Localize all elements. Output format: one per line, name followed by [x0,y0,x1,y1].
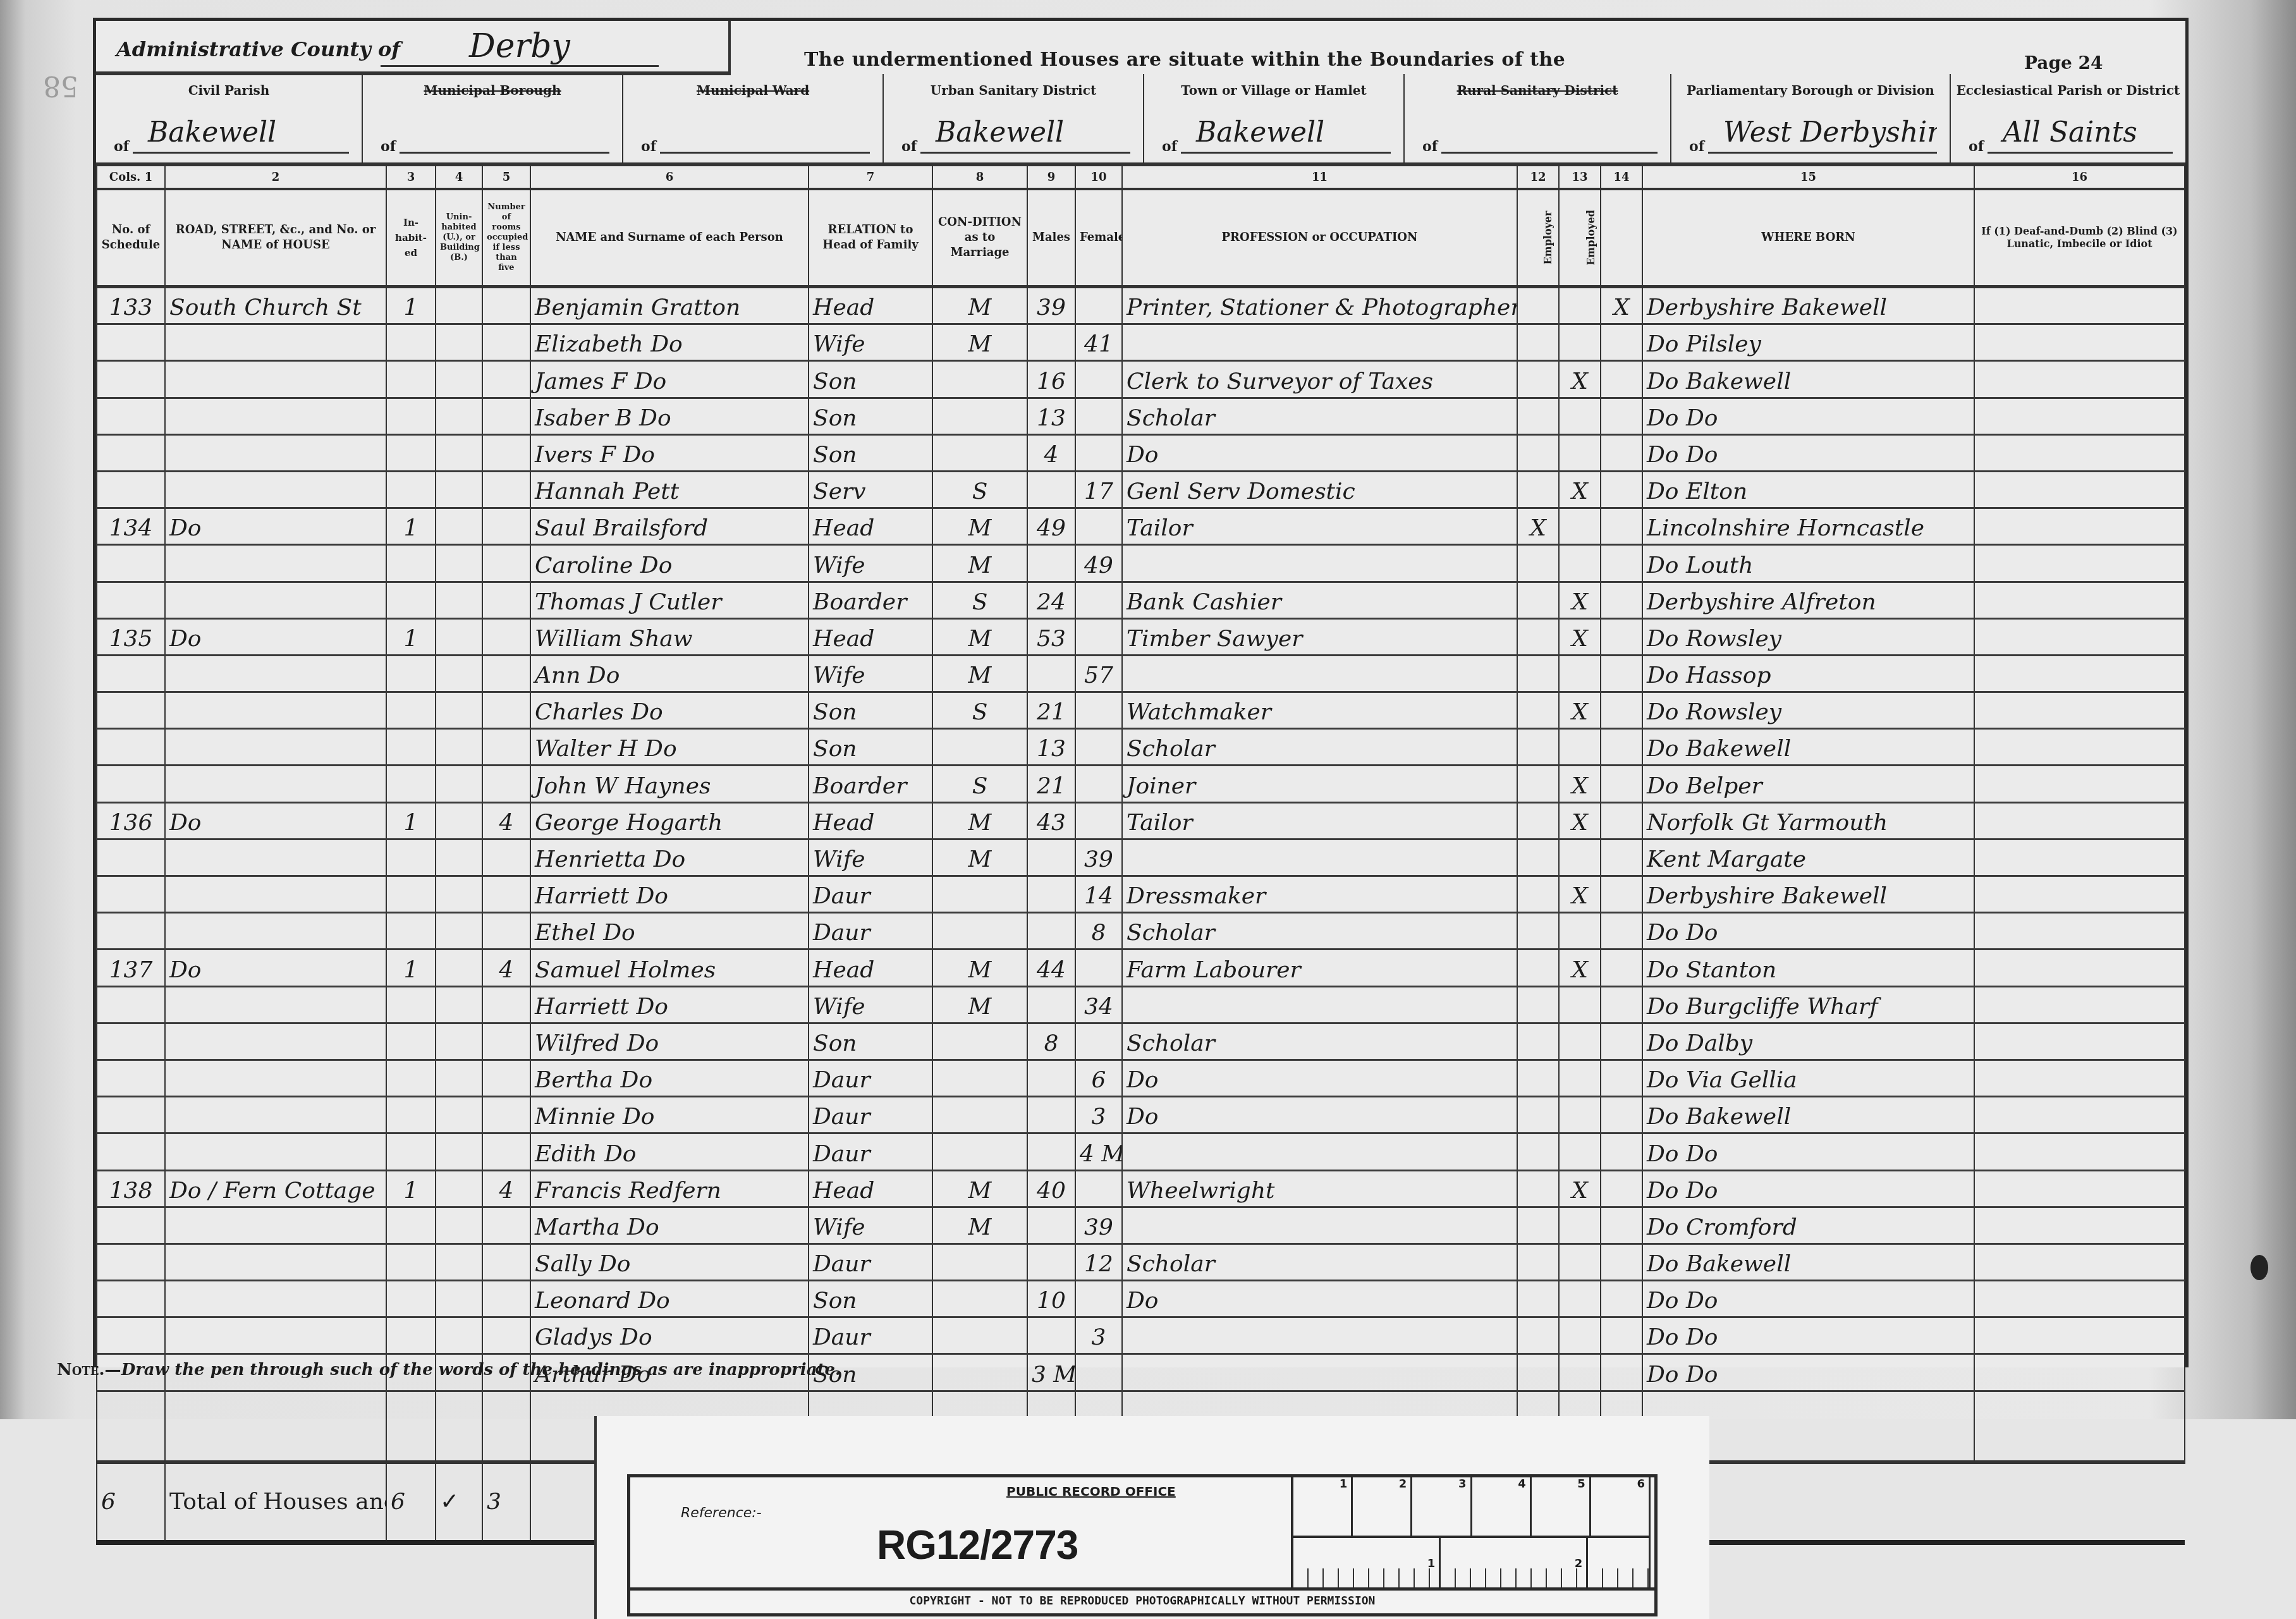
infirmity [1974,1354,2185,1391]
birthplace: Derbyshire Bakewell [1642,287,1974,324]
copyright-notice: COPYRIGHT - NOT TO BE REPRODUCED PHOTOGR… [630,1587,1654,1608]
employed-mark: X [1559,1170,1601,1207]
rooms-count [482,324,530,361]
rooms-count [482,1243,530,1280]
of-label: of [1422,138,1438,155]
relation: Daur [809,1097,932,1133]
schedule-number [97,986,165,1023]
infirmity [1974,582,2185,618]
uninhabited-count [436,655,482,692]
age-female [1075,361,1122,398]
occupation: Joiner [1122,766,1517,802]
uninhabited-count [436,950,482,986]
age-female: 57 [1075,655,1122,692]
road-name [165,1317,386,1354]
admin-county-box: Administrative County of Derby [96,21,731,75]
rooms-count: 4 [482,1170,530,1207]
age-male: 10 [1027,1281,1075,1317]
road-name [165,1281,386,1317]
birthplace: Derbyshire Bakewell [1642,876,1974,913]
marital-condition [932,1023,1027,1060]
schedule-number [97,545,165,582]
employed-mark: X [1559,361,1601,398]
marital-condition: M [932,1170,1027,1207]
uninhabited-count [436,361,482,398]
age-male [1027,655,1075,692]
person-name: Harriett Do [530,986,809,1023]
birthplace: Do Belper [1642,766,1974,802]
table-row: Martha DoWifeM39Do Cromford [97,1207,2185,1243]
uninhabited-count [436,1060,482,1096]
road-name: Do [165,508,386,545]
uninhabited-count [436,618,482,655]
inhabited-count [386,582,436,618]
marital-condition: S [932,692,1027,729]
marital-condition: S [932,766,1027,802]
inhabited-count: 1 [386,802,436,839]
birthplace: Do Bakewell [1642,1243,1974,1280]
marital-condition [932,876,1027,913]
age-male: 21 [1027,766,1075,802]
note-prefix: Note.— [57,1360,121,1379]
road-name: Do / Fern Cottage [165,1170,386,1207]
employed-mark [1559,729,1601,766]
table-row: Henrietta DoWifeM39Kent Margate [97,839,2185,876]
road-name [165,839,386,876]
relation: Boarder [809,766,932,802]
boundary-heading: Municipal Ward [623,83,882,98]
age-female: 34 [1075,986,1122,1023]
age-female [1075,434,1122,471]
marital-condition: M [932,618,1027,655]
page-number: Page 24 [2024,52,2103,73]
schedule-number: 137 [97,950,165,986]
employer-mark [1517,1207,1559,1243]
neither-mark [1601,913,1642,950]
age-female [1075,508,1122,545]
person-name: Benjamin Gratton [530,287,809,324]
empty-cell [97,1391,165,1462]
employer-mark [1517,839,1559,876]
heading-rooms: Number of rooms occupied if less than fi… [482,189,530,287]
occupation [1122,839,1517,876]
inhabited-count [386,361,436,398]
infirmity [1974,1281,2185,1317]
boundary-ecclesiastical-parish: Ecclesiastical Parish or District of All… [1951,74,2185,162]
neither-mark [1601,839,1642,876]
uninhabited-count [436,471,482,508]
relation: Wife [809,324,932,361]
person-name: Ethel Do [530,913,809,950]
age-male [1027,1133,1075,1170]
relation: Daur [809,1243,932,1280]
admin-county-label: Administrative County of [116,37,400,61]
ruler-tick: 1 [1293,1538,1441,1587]
infirmity [1974,471,2185,508]
employed-mark: X [1559,618,1601,655]
occupation: Scholar [1122,913,1517,950]
infirmity [1974,950,2185,986]
occupation [1122,545,1517,582]
marital-condition [932,1097,1027,1133]
occupation: Clerk to Surveyor of Taxes [1122,361,1517,398]
heading-age-females: Females [1075,189,1122,287]
employed-mark [1559,913,1601,950]
infirmity [1974,1243,2185,1280]
marital-condition [932,1281,1027,1317]
ruler-tick [1588,1538,1651,1587]
table-row: 137Do14Samuel HolmesHeadM44Farm Labourer… [97,950,2185,986]
age-female [1075,802,1122,839]
employer-mark [1517,692,1559,729]
boundary-value: All Saints [1988,114,2173,154]
age-male [1027,324,1075,361]
occupation: Do [1122,1281,1517,1317]
schedule-number [97,1097,165,1133]
boundary-parliamentary-division: Parliamentary Borough or Division of Wes… [1671,74,1951,162]
table-row: Ivers F DoSon4DoDo Do [97,434,2185,471]
col-number: 11 [1122,166,1517,189]
employer-mark [1517,876,1559,913]
col-number: Cols. 1 [97,166,165,189]
schedule-number: 136 [97,802,165,839]
employed-mark: X [1559,766,1601,802]
total-rooms: 3 [482,1462,530,1543]
col-number: 8 [932,166,1027,189]
table-row: 133South Church St1Benjamin GrattonHeadM… [97,287,2185,324]
person-name: Caroline Do [530,545,809,582]
neither-mark [1601,692,1642,729]
relation: Wife [809,839,932,876]
census-sheet: 58 Administrative County of Derby The un… [0,0,2296,1419]
boundary-heading: Rural Sanitary District [1405,83,1670,98]
marital-condition: M [932,839,1027,876]
infirmity [1974,802,2185,839]
ruler-tick: 5 [1532,1477,1591,1536]
employed-mark [1559,1317,1601,1354]
road-name [165,913,386,950]
birthplace: Derbyshire Alfreton [1642,582,1974,618]
heading-neither: Neither Employer nor Employed [1601,189,1642,287]
rooms-count [482,471,530,508]
table-row: Gladys DoDaur3Do Do [97,1317,2185,1354]
boundary-town: Town or Village or Hamlet of Bakewell [1144,74,1405,162]
neither-mark [1601,876,1642,913]
inhabited-count [386,1281,436,1317]
table-row: Charles DoSonS21WatchmakerXDo Rowsley [97,692,2185,729]
occupation: Dressmaker [1122,876,1517,913]
ruler-inch: 1 2 [1293,1538,1651,1587]
employed-mark [1559,1097,1601,1133]
rooms-count [482,582,530,618]
marital-condition: M [932,802,1027,839]
table-row: Elizabeth DoWifeM41Do Pilsley [97,324,2185,361]
infirmity [1974,986,2185,1023]
relation: Serv [809,471,932,508]
boundary-heading: Ecclesiastical Parish or District [1951,83,2185,98]
table-row: Wilfred DoSon8ScholarDo Dalby [97,1023,2185,1060]
of-label: of [901,138,917,155]
person-name: Edith Do [530,1133,809,1170]
neither-mark [1601,361,1642,398]
relation: Daur [809,876,932,913]
person-name: Ivers F Do [530,434,809,471]
of-label: of [381,138,396,155]
heading-uninhabited: Unin-habited (U.), or Building (B.) [436,189,482,287]
age-female [1075,398,1122,434]
neither-mark [1601,618,1642,655]
inhabited-count [386,876,436,913]
infirmity [1974,655,2185,692]
road-name: Do [165,802,386,839]
age-male [1027,1317,1075,1354]
col-number: 7 [809,166,932,189]
census-table: Cols. 1 2 3 4 5 6 7 8 9 10 11 12 13 14 1… [96,166,2185,1545]
table-row: Ethel DoDaur8ScholarDo Do [97,913,2185,950]
employer-mark [1517,1097,1559,1133]
rooms-count [482,655,530,692]
table-row: Harriett DoDaur14DressmakerXDerbyshire B… [97,876,2185,913]
birthplace: Do Do [1642,434,1974,471]
age-male: 24 [1027,582,1075,618]
age-female [1075,1170,1122,1207]
employer-mark [1517,434,1559,471]
employer-label: Employer [1541,211,1556,265]
occupation: Genl Serv Domestic [1122,471,1517,508]
total-uninhabited: ✓ [436,1462,482,1543]
heading-age-males: Males [1027,189,1075,287]
table-row: Thomas J CutlerBoarderS24Bank CashierXDe… [97,582,2185,618]
table-row: Ann DoWifeM57Do Hassop [97,655,2185,692]
inhabited-count [386,1133,436,1170]
age-male [1027,471,1075,508]
infirmity [1974,913,2185,950]
age-male: 49 [1027,508,1075,545]
relation: Son [809,361,932,398]
neither-mark [1601,1060,1642,1096]
road-name [165,434,386,471]
road-name [165,471,386,508]
rooms-count [482,361,530,398]
neither-mark [1601,950,1642,986]
boundary-urban-sanitary-district: Urban Sanitary District of Bakewell [884,74,1144,162]
birthplace: Do Bakewell [1642,729,1974,766]
ruler-tick: 3 [1412,1477,1472,1536]
inhabited-count [386,1207,436,1243]
person-name: Minnie Do [530,1097,809,1133]
ruler-cm: 1 2 3 4 5 6 [1293,1477,1651,1538]
birthplace: Do Do [1642,1281,1974,1317]
of-label: of [1969,138,1984,155]
of-label: of [114,138,129,155]
road-name [165,582,386,618]
schedule-number [97,1023,165,1060]
uninhabited-count [436,729,482,766]
marital-condition [932,398,1027,434]
office-name: PUBLIC RECORD OFFICE [1006,1484,1176,1499]
uninhabited-count [436,876,482,913]
relation: Daur [809,1317,932,1354]
uninhabited-count [436,1097,482,1133]
admin-county-value: Derby [381,27,659,67]
employer-mark [1517,1243,1559,1280]
rooms-count: 4 [482,950,530,986]
relation: Head [809,1170,932,1207]
inhabited-count [386,655,436,692]
neither-mark [1601,1097,1642,1133]
occupation: Do [1122,1060,1517,1096]
inhabited-count [386,434,436,471]
employed-mark [1559,1133,1601,1170]
inhabited-count [386,1060,436,1096]
uninhabited-count [436,398,482,434]
ruler-tick: 2 [1353,1477,1412,1536]
uninhabited-count [436,287,482,324]
birthplace: Do Do [1642,1354,1974,1391]
birthplace: Do Do [1642,1133,1974,1170]
person-name: Samuel Holmes [530,950,809,986]
note-text: Draw the pen through such of the words o… [121,1360,841,1379]
employed-mark: X [1559,802,1601,839]
marital-condition: S [932,582,1027,618]
birthplace: Do Do [1642,1317,1974,1354]
table-row: Isaber B DoSon13ScholarDo Do [97,398,2185,434]
uninhabited-count [436,913,482,950]
marital-condition: M [932,1207,1027,1243]
marital-condition: M [932,655,1027,692]
uninhabited-count [436,508,482,545]
col-number: 6 [530,166,809,189]
males-label: Males [1032,231,1070,244]
marital-condition [932,1060,1027,1096]
table-row: Walter H DoSon13ScholarDo Bakewell [97,729,2185,766]
relation: Daur [809,1060,932,1096]
age-female [1075,582,1122,618]
person-name: Gladys Do [530,1317,809,1354]
schedule-number [97,839,165,876]
col-number: 16 [1974,166,2185,189]
age-female: 3 [1075,1097,1122,1133]
infirmity [1974,398,2185,434]
road-name: South Church St [165,287,386,324]
census-form: Administrative County of Derby The under… [93,18,2189,1367]
empty-cell [482,1391,530,1462]
reference-box: PUBLIC RECORD OFFICE Reference:- RG12/27… [627,1474,1658,1616]
employer-mark [1517,287,1559,324]
heading-infirmity: If (1) Deaf-and-Dumb (2) Blind (3) Lunat… [1974,189,2185,287]
age-female [1075,692,1122,729]
col-number: 15 [1642,166,1974,189]
age-female: 49 [1075,545,1122,582]
marital-condition: M [932,508,1027,545]
marital-condition: M [932,287,1027,324]
heading-inhabited: In-habit-ed [386,189,436,287]
age-female: 14 [1075,876,1122,913]
heading-employer: Employer [1517,189,1559,287]
table-row: 136Do14George HogarthHeadM43TailorXNorfo… [97,802,2185,839]
employer-mark [1517,655,1559,692]
age-female [1075,1023,1122,1060]
employed-mark [1559,324,1601,361]
marital-condition [932,913,1027,950]
relation: Boarder [809,582,932,618]
of-label: of [641,138,656,155]
boundary-civil-parish: Civil Parish of Bakewell [96,74,363,162]
schedule-number [97,655,165,692]
employed-mark: X [1559,471,1601,508]
neither-mark [1601,1207,1642,1243]
marital-condition: M [932,545,1027,582]
uninhabited-count [436,434,482,471]
occupation [1122,655,1517,692]
road-name [165,361,386,398]
marital-condition [932,1317,1027,1354]
inhabited-count [386,398,436,434]
age-female: 6 [1075,1060,1122,1096]
employer-mark [1517,766,1559,802]
of-label: of [1162,138,1177,155]
birthplace: Do Cromford [1642,1207,1974,1243]
neither-mark [1601,1317,1642,1354]
uninhabited-count [436,582,482,618]
boundary-heading: Municipal Borough [363,83,622,98]
employer-mark [1517,1281,1559,1317]
relation: Head [809,508,932,545]
table-row: Bertha DoDaur6DoDo Via Gellia [97,1060,2185,1096]
employer-mark [1517,1060,1559,1096]
schedule-number [97,1281,165,1317]
boundary-heading: Civil Parish [96,83,362,98]
table-row: Edith DoDaur4 MoDo Do [97,1133,2185,1170]
employer-mark [1517,913,1559,950]
birthplace: Do Burgcliffe Wharf [1642,986,1974,1023]
uninhabited-count [436,1317,482,1354]
undermentioned-heading: The undermentioned Houses are situate wi… [804,49,1565,71]
inhabited-count: 1 [386,1170,436,1207]
boundary-value: Bakewell [1181,114,1391,154]
table-row: Sally DoDaur12ScholarDo Bakewell [97,1243,2185,1280]
table-row: Hannah PettServS17Genl Serv DomesticXDo … [97,471,2185,508]
person-name: Wilfred Do [530,1023,809,1060]
occupation: Scholar [1122,1243,1517,1280]
age-female: 39 [1075,839,1122,876]
person-name: Bertha Do [530,1060,809,1096]
neither-mark [1601,1133,1642,1170]
schedule-number [97,582,165,618]
age-female [1075,1281,1122,1317]
boundary-value [400,114,609,154]
infirmity [1974,324,2185,361]
occupation: Do [1122,434,1517,471]
rooms-count [482,1060,530,1096]
rooms-count [482,1207,530,1243]
relation: Son [809,398,932,434]
age-male [1027,1097,1075,1133]
relation: Head [809,950,932,986]
footnote: Note.—Draw the pen through such of the w… [57,1360,841,1379]
age-female: 8 [1075,913,1122,950]
rooms-count [482,1317,530,1354]
occupation [1122,1317,1517,1354]
person-name: Elizabeth Do [530,324,809,361]
occupation: Do [1122,1097,1517,1133]
col-number: 9 [1027,166,1075,189]
age-female: 4 Mo [1075,1133,1122,1170]
employer-mark [1517,950,1559,986]
employed-mark [1559,545,1601,582]
schedule-number [97,324,165,361]
employed-mark: X [1559,876,1601,913]
